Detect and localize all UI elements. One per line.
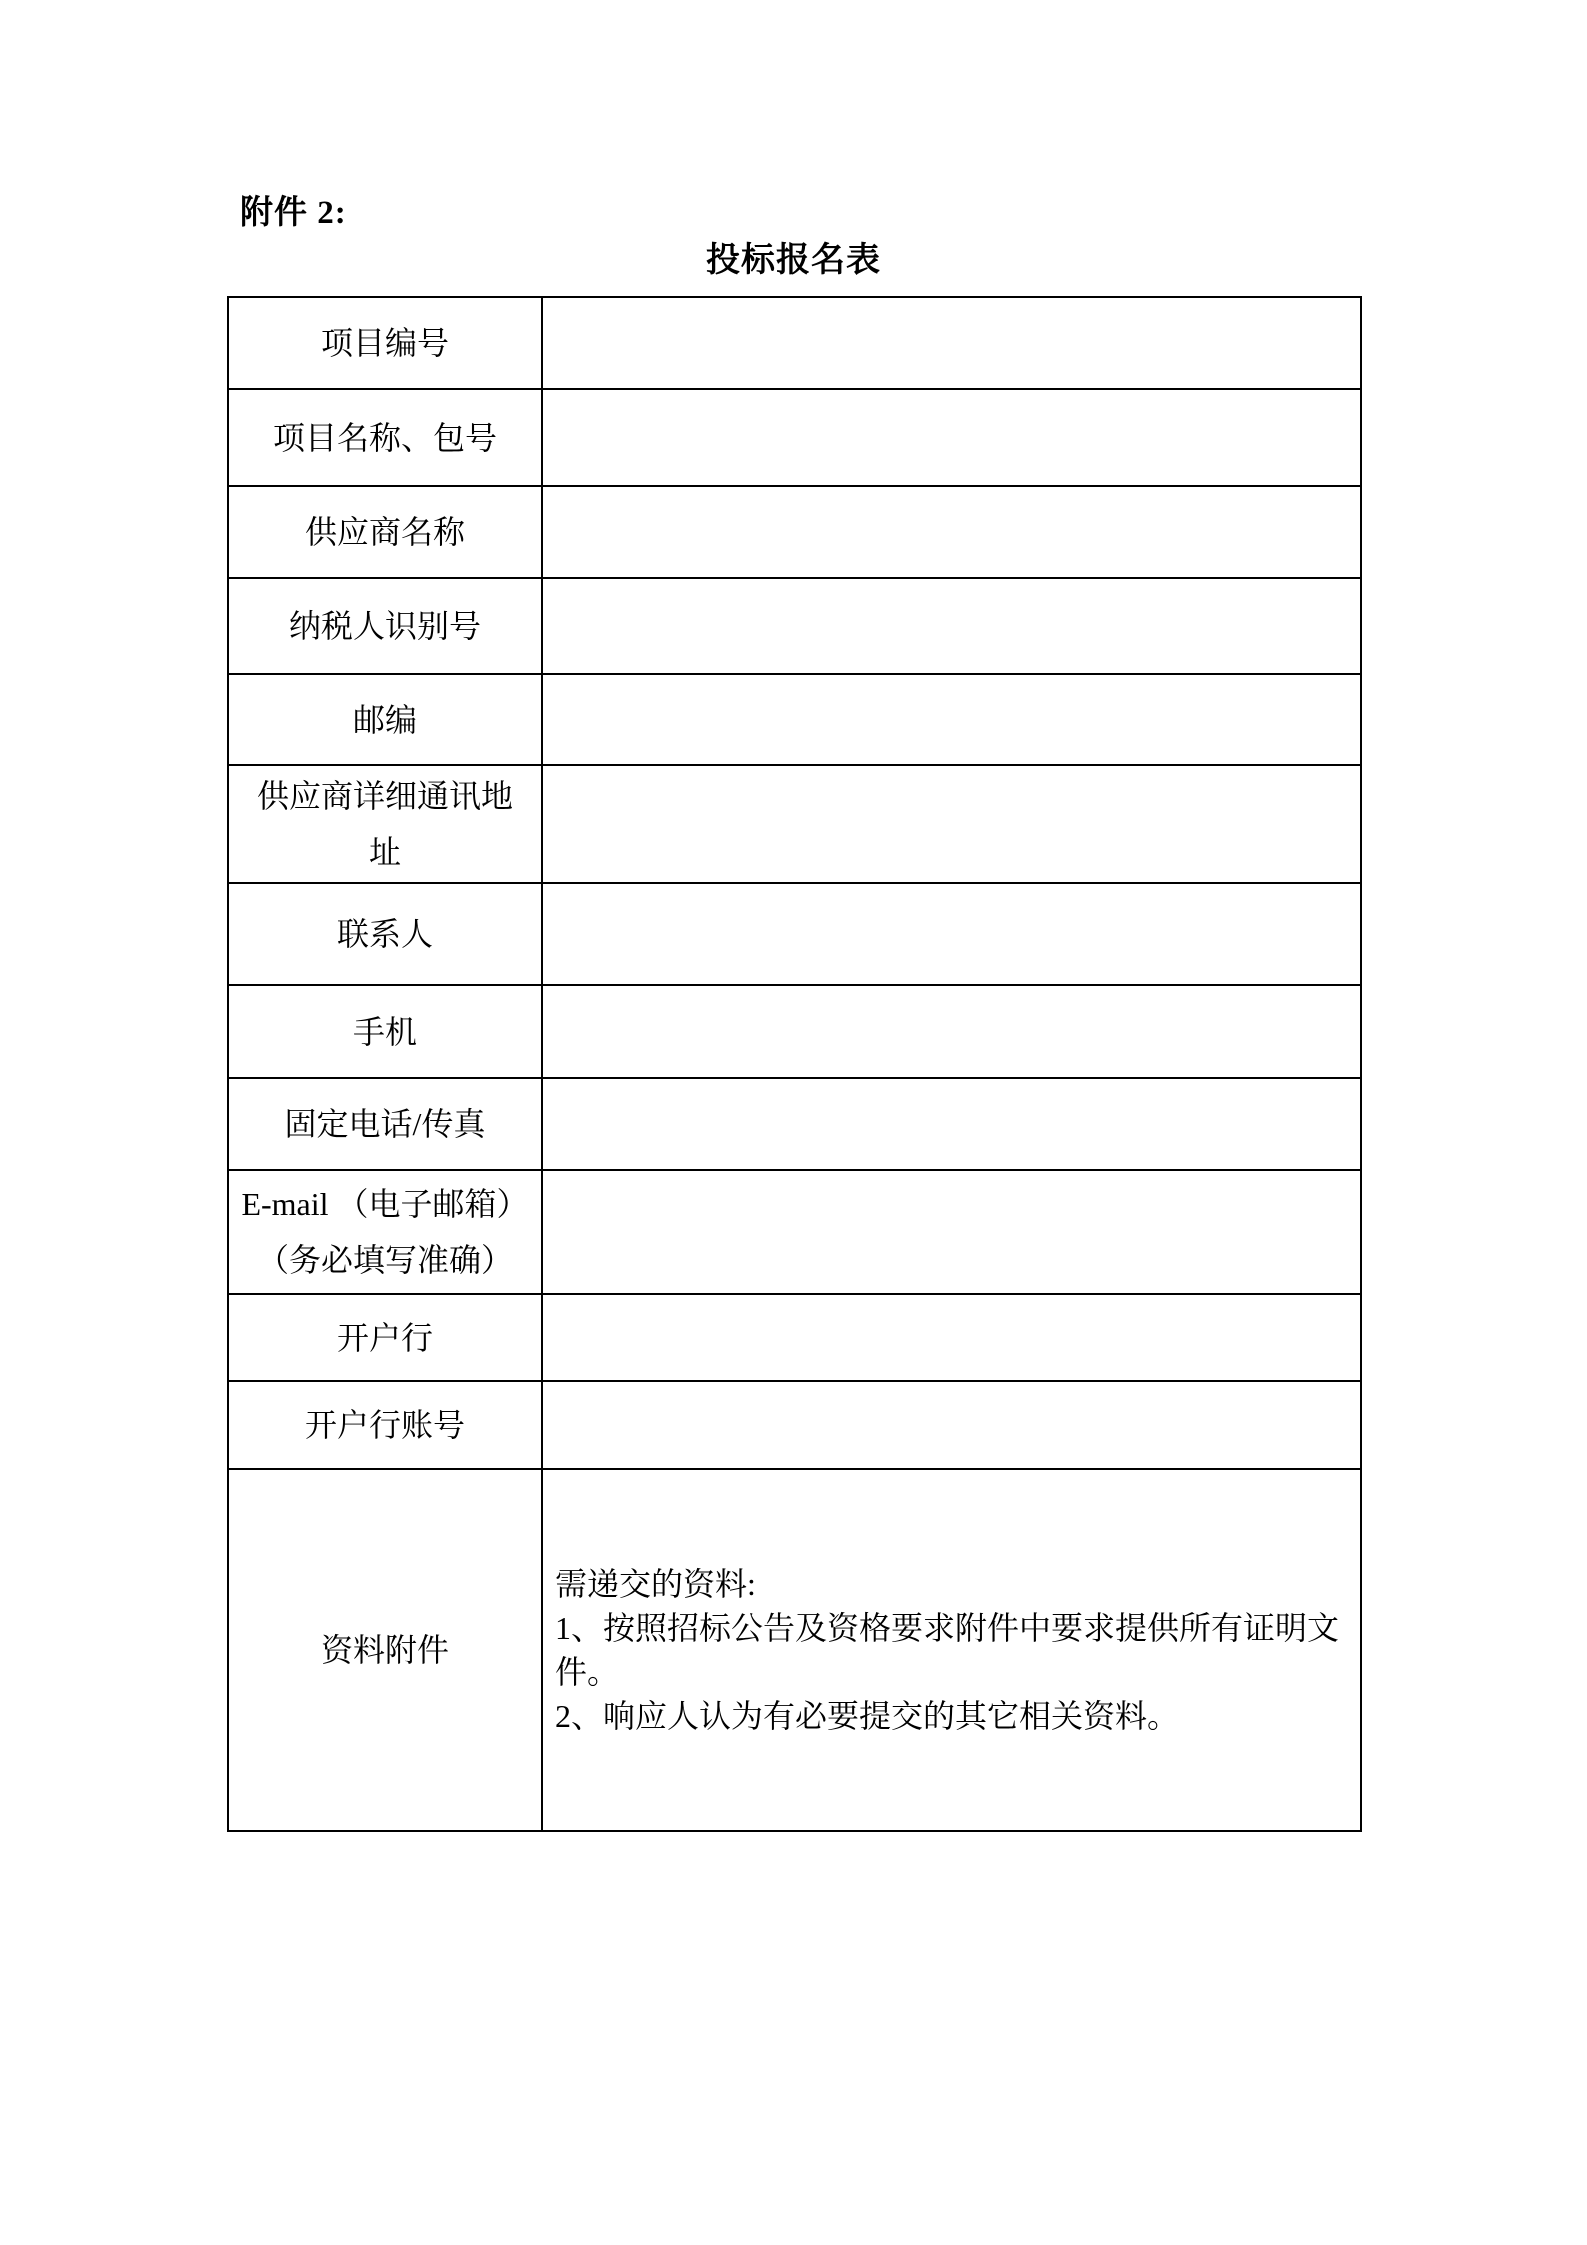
notes-item-1: 1、按照招标公告及资格要求附件中要求提供所有证明文件。 bbox=[555, 1606, 1348, 1694]
label-landline-fax: 固定电话/传真 bbox=[228, 1078, 542, 1170]
value-supplier-address bbox=[542, 765, 1361, 883]
label-project-number: 项目编号 bbox=[228, 297, 542, 389]
value-supplier-name bbox=[542, 486, 1361, 578]
label-supplier-name: 供应商名称 bbox=[228, 486, 542, 578]
label-email: E-mail （电子邮箱） （务必填写准确） bbox=[228, 1170, 542, 1294]
label-contact-person: 联系人 bbox=[228, 883, 542, 985]
table-row: 供应商名称 bbox=[228, 486, 1361, 578]
label-mobile-phone: 手机 bbox=[228, 985, 542, 1078]
table-row: E-mail （电子邮箱） （务必填写准确） bbox=[228, 1170, 1361, 1294]
table-row: 项目名称、包号 bbox=[228, 389, 1361, 486]
bid-registration-table: 项目编号 项目名称、包号 供应商名称 纳税人识别号 邮编 供应商详细通讯地 址 bbox=[227, 296, 1362, 1832]
value-email bbox=[542, 1170, 1361, 1294]
value-landline-fax bbox=[542, 1078, 1361, 1170]
label-bank-name: 开户行 bbox=[228, 1294, 542, 1381]
label-bank-account: 开户行账号 bbox=[228, 1381, 542, 1469]
value-project-name-package bbox=[542, 389, 1361, 486]
table-row: 开户行账号 bbox=[228, 1381, 1361, 1469]
label-material-attachments: 资料附件 bbox=[228, 1469, 542, 1831]
notes-heading: 需递交的资料: bbox=[555, 1562, 1348, 1606]
table-row: 纳税人识别号 bbox=[228, 578, 1361, 674]
value-project-number bbox=[542, 297, 1361, 389]
attachment-label: 附件 2: bbox=[240, 186, 347, 233]
table-row: 开户行 bbox=[228, 1294, 1361, 1381]
label-postal-code: 邮编 bbox=[228, 674, 542, 765]
document-page: 附件 2: 投标报名表 项目编号 项目名称、包号 供应商名称 纳税人识别号 邮编 bbox=[0, 0, 1587, 2245]
value-bank-account bbox=[542, 1381, 1361, 1469]
value-mobile-phone bbox=[542, 985, 1361, 1078]
table-row: 联系人 bbox=[228, 883, 1361, 985]
table-row: 供应商详细通讯地 址 bbox=[228, 765, 1361, 883]
required-materials-notes: 需递交的资料: 1、按照招标公告及资格要求附件中要求提供所有证明文件。 2、响应… bbox=[555, 1562, 1348, 1738]
value-material-attachments: 需递交的资料: 1、按照招标公告及资格要求附件中要求提供所有证明文件。 2、响应… bbox=[542, 1469, 1361, 1831]
label-supplier-address: 供应商详细通讯地 址 bbox=[228, 765, 542, 883]
notes-item-2: 2、响应人认为有必要提交的其它相关资料。 bbox=[555, 1694, 1348, 1738]
table-row: 固定电话/传真 bbox=[228, 1078, 1361, 1170]
value-postal-code bbox=[542, 674, 1361, 765]
value-taxpayer-id bbox=[542, 578, 1361, 674]
label-project-name-package: 项目名称、包号 bbox=[228, 389, 542, 486]
page-title: 投标报名表 bbox=[0, 232, 1587, 281]
table-row: 项目编号 bbox=[228, 297, 1361, 389]
table-row: 手机 bbox=[228, 985, 1361, 1078]
table-row: 资料附件 需递交的资料: 1、按照招标公告及资格要求附件中要求提供所有证明文件。… bbox=[228, 1469, 1361, 1831]
label-taxpayer-id: 纳税人识别号 bbox=[228, 578, 542, 674]
value-bank-name bbox=[542, 1294, 1361, 1381]
value-contact-person bbox=[542, 883, 1361, 985]
table-row: 邮编 bbox=[228, 674, 1361, 765]
